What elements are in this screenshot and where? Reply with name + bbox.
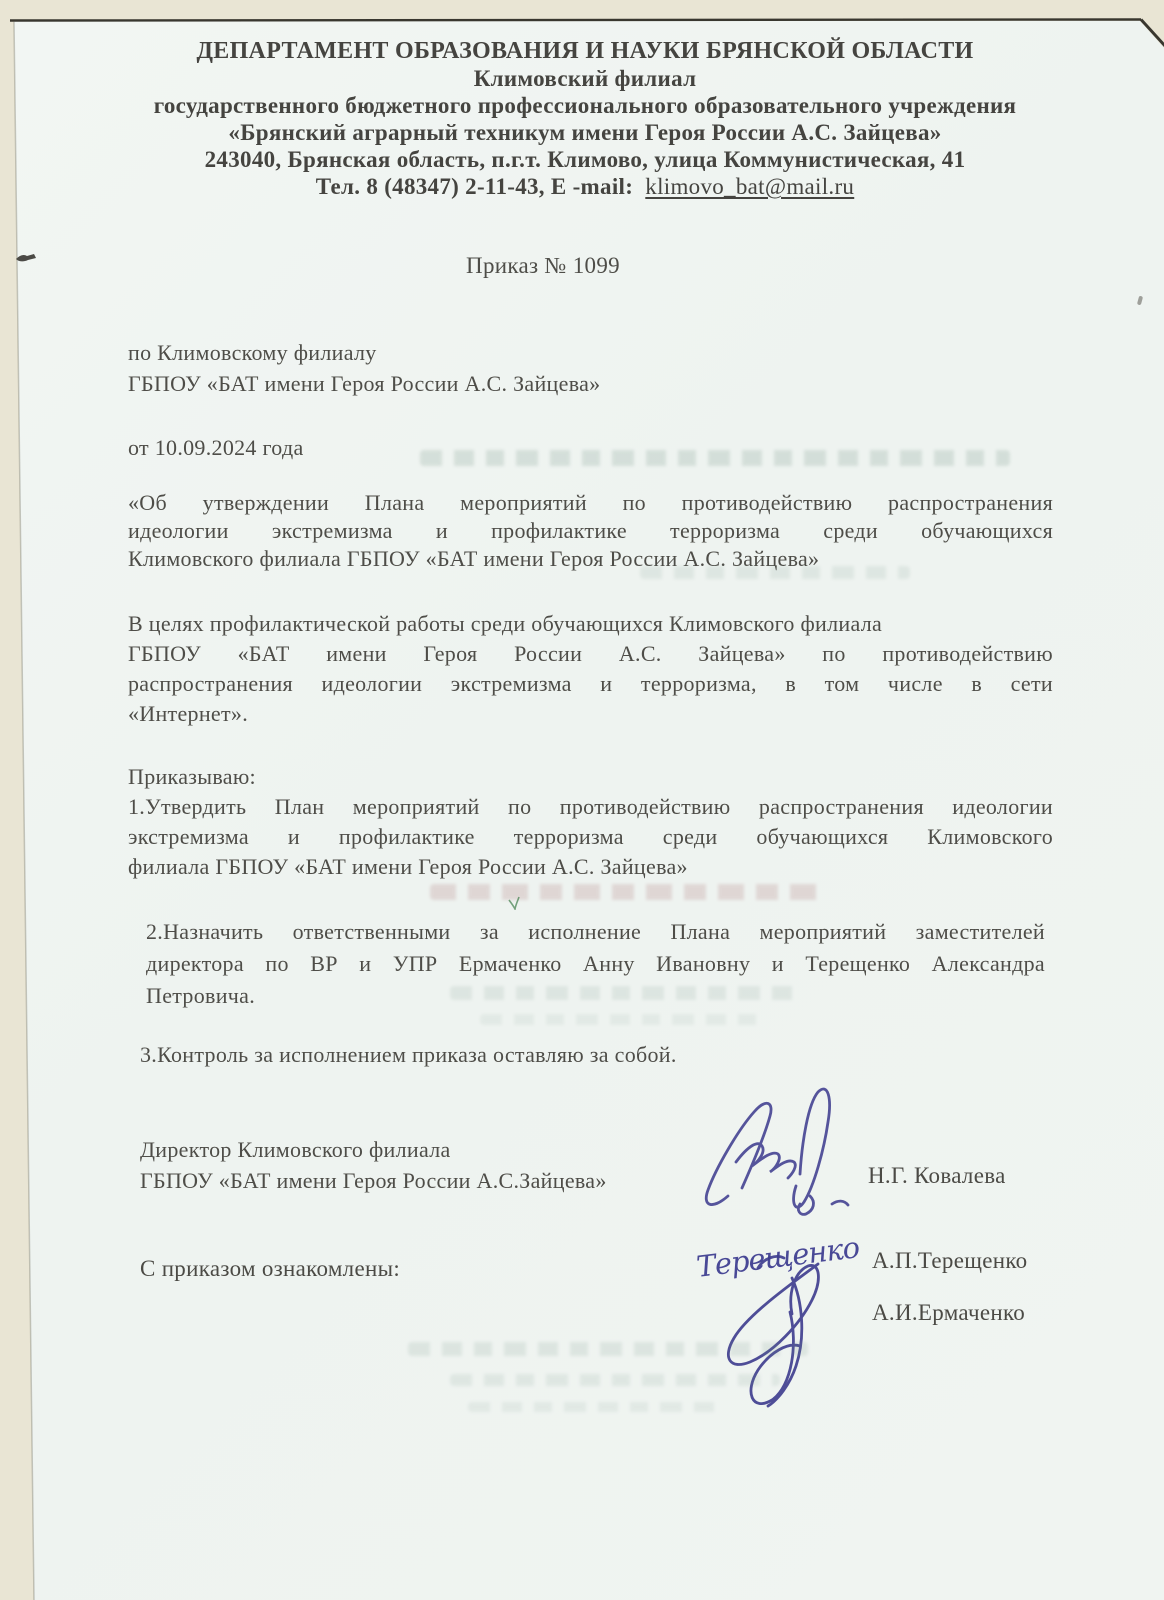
addressee-block: по Климовскому филиалу ГБПОУ «БАТ имени … [128, 337, 600, 399]
subject-line: «Об утверждении Плана мероприятий по про… [128, 489, 1053, 517]
letterhead-technikum-line: «Брянский аграрный техникум имени Героя … [90, 119, 1080, 146]
item1-line: филиала ГБПОУ «БАТ имени Героя России А.… [128, 852, 1053, 882]
letterhead-phone: Тел. 8 (48347) 2-11-43, E -mail: [316, 174, 633, 199]
letterhead-institution-line: государственного бюджетного профессионал… [90, 92, 1080, 119]
green-pen-tick [508, 896, 520, 910]
order-title: Приказ № 1099 [128, 252, 958, 280]
director-title-line: Директор Климовского филиала [140, 1134, 607, 1165]
addressee-line: по Климовскому филиалу [128, 337, 600, 368]
director-name: Н.Г. Ковалева [868, 1163, 1006, 1189]
subject-line: идеологии экстремизма и профилактике тер… [128, 517, 1053, 545]
command-block: Приказываю: 1.Утвердить План мероприятий… [128, 762, 1053, 882]
ack2-name: А.И.Ермаченко [872, 1300, 1025, 1326]
letterhead-branch-line: Климовский филиал [90, 65, 1080, 92]
director-signature [692, 1078, 872, 1228]
preamble-line: «Интернет». [128, 699, 1053, 729]
director-title-block: Директор Климовского филиала ГБПОУ «БАТ … [140, 1134, 607, 1196]
bleedthrough-artifact [430, 884, 820, 900]
subject-paragraph: «Об утверждении Плана мероприятий по про… [128, 489, 1053, 573]
bleedthrough-artifact [420, 450, 1010, 466]
director-title-line: ГБПОУ «БАТ имени Героя России А.С.Зайцев… [140, 1165, 607, 1196]
bleedthrough-artifact [408, 1342, 808, 1356]
scanned-document: ДЕПАРТАМЕНТ ОБРАЗОВАНИЯ И НАУКИ БРЯНСКОЙ… [0, 0, 1164, 1600]
command-intro: Приказываю: [128, 762, 1053, 792]
item2-line: директора по ВР и УПР Ермаченко Анну Ива… [146, 948, 1045, 980]
preamble-line: ГБПОУ «БАТ имени Героя России А.С. Зайце… [128, 639, 1053, 669]
item1-line: 1.Утвердить План мероприятий по противод… [128, 792, 1053, 822]
preamble-line: В целях профилактической работы среди об… [128, 609, 1053, 639]
subject-line: Климовского филиала ГБПОУ «БАТ имени Гер… [128, 545, 1053, 573]
ink-speck [14, 248, 38, 266]
bleedthrough-artifact [468, 1402, 718, 1412]
item3-line: 3.Контроль за исполнением приказа оставл… [140, 1041, 677, 1069]
letterhead-address-line: 243040, Брянская область, п.г.т. Климово… [90, 146, 1080, 173]
ermachenko-signature [700, 1248, 875, 1413]
letterhead-contact-line: Тел. 8 (48347) 2-11-43, E -mail: klimovo… [90, 173, 1080, 200]
preamble-line: распространения идеологии экстремизма и … [128, 669, 1053, 699]
bleedthrough-artifact [450, 1374, 780, 1386]
bleedthrough-artifact [480, 1014, 760, 1025]
addressee-line: ГБПОУ «БАТ имени Героя России А.С. Зайце… [128, 368, 600, 399]
letterhead-department-line: ДЕПАРТАМЕНТ ОБРАЗОВАНИЯ И НАУКИ БРЯНСКОЙ… [90, 38, 1080, 65]
bleedthrough-artifact [640, 566, 910, 579]
acknowledged-label: С приказом ознакомлены: [140, 1256, 400, 1282]
letterhead: ДЕПАРТАМЕНТ ОБРАЗОВАНИЯ И НАУКИ БРЯНСКОЙ… [90, 38, 1080, 200]
ack1-name: А.П.Терещенко [872, 1248, 1027, 1274]
item2-line: 2.Назначить ответственными за исполнение… [146, 916, 1045, 948]
letterhead-email: klimovo_bat@mail.ru [645, 174, 854, 199]
item1-line: экстремизма и профилактике терроризма ср… [128, 822, 1053, 852]
bleedthrough-artifact [450, 986, 800, 1000]
preamble-paragraph: В целях профилактической работы среди об… [128, 609, 1053, 729]
order-date: от 10.09.2024 года [128, 434, 304, 462]
scan-speck [1137, 296, 1143, 306]
